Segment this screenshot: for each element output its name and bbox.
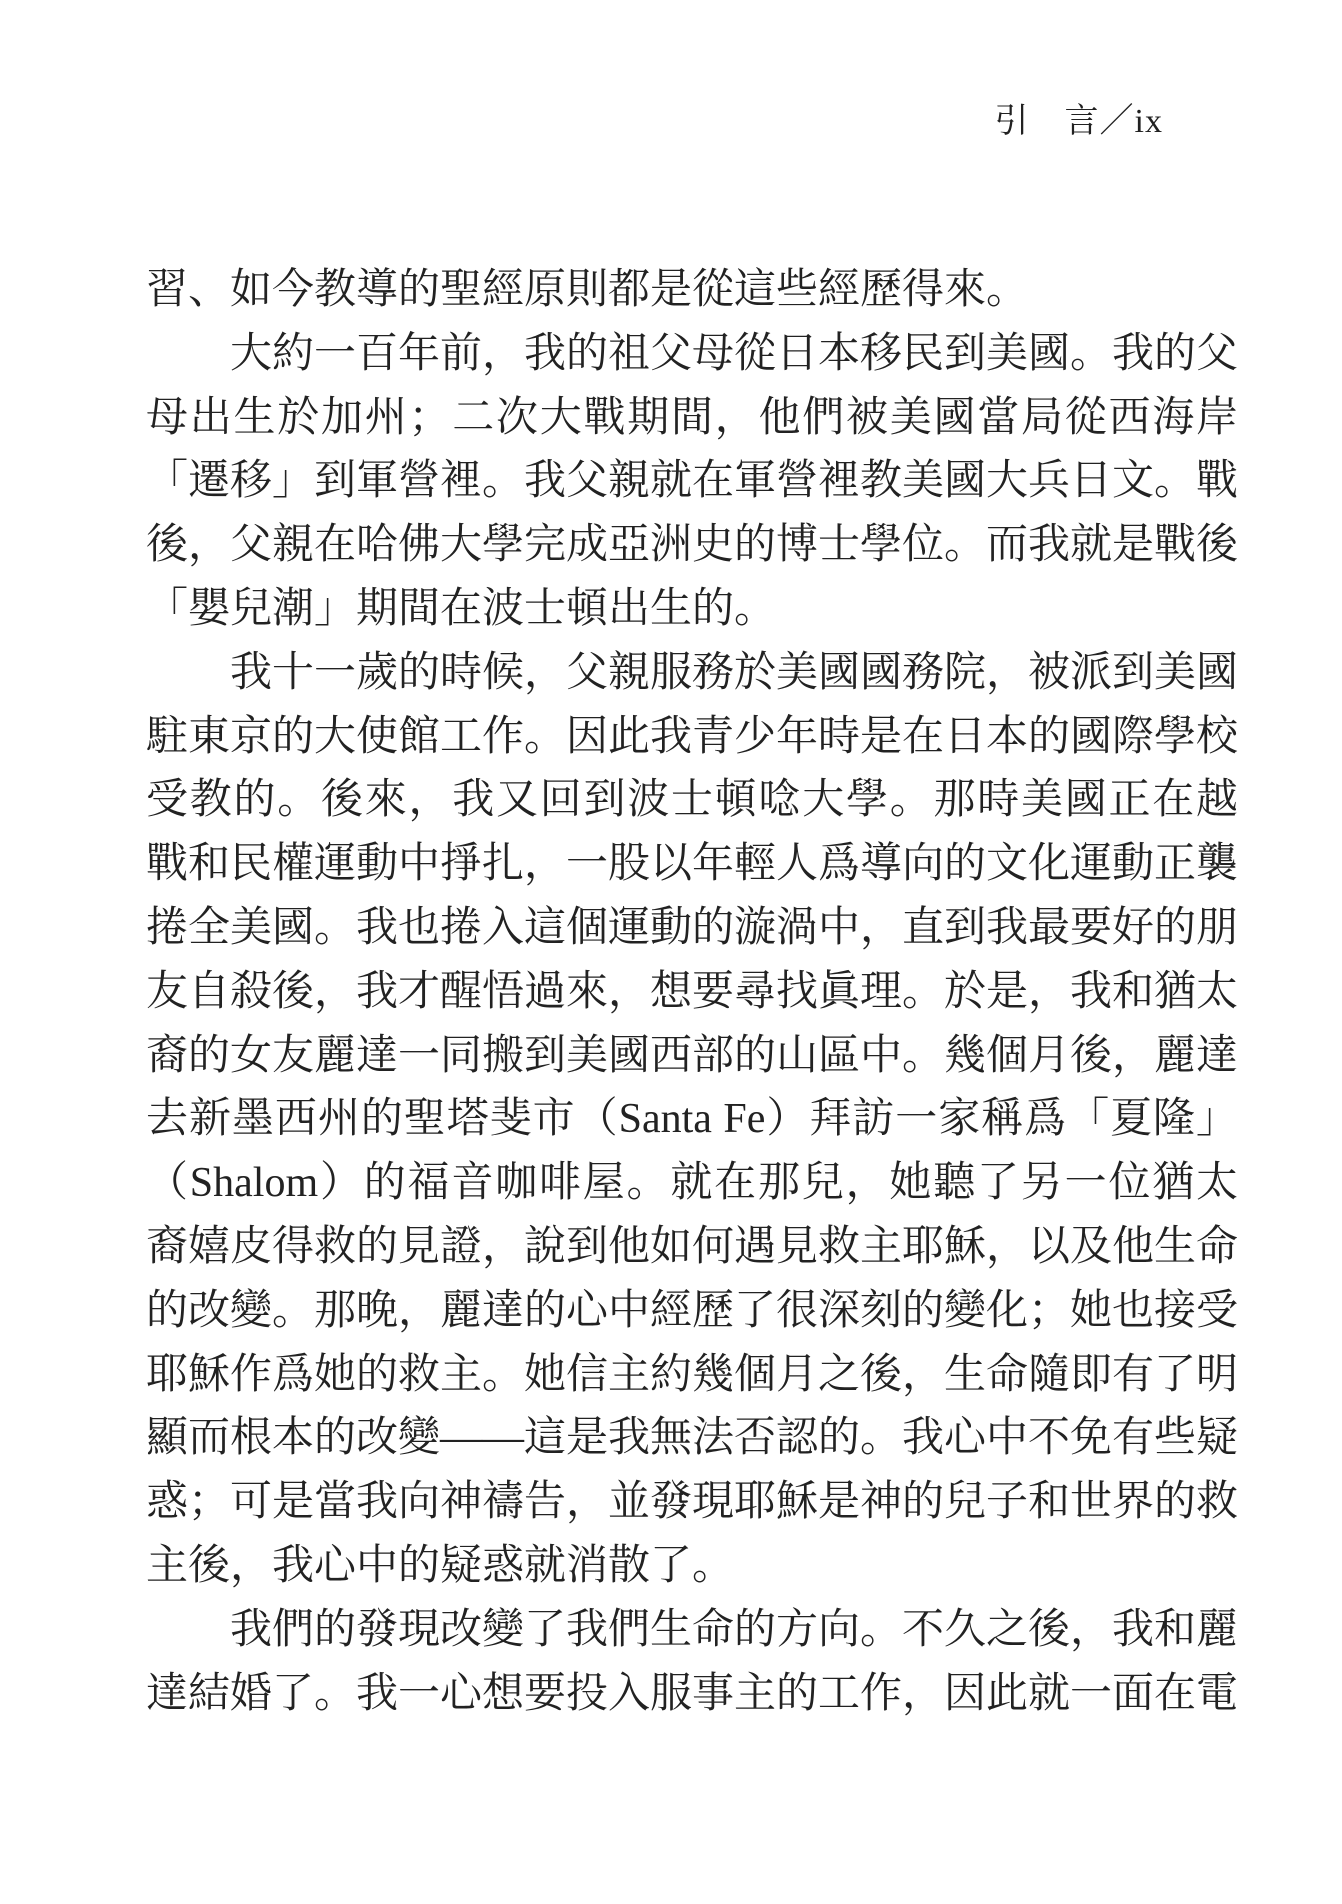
text-line: 友自殺後，我才醒悟過來，想要尋找眞理。於是，我和猶太 <box>146 961 1238 1025</box>
text-line: 顯而根本的改變——這是我無法否認的。我心中不免有些疑 <box>146 1407 1238 1471</box>
book-page: 引 言／ix 習、如今教導的聖經原則都是從這些經歷得來。 大約一百年前，我的祖父… <box>0 0 1342 1904</box>
text-line: 大約一百年前，我的祖父母從日本移民到美國。我的父 <box>146 323 1238 387</box>
text-line: （Shalom）的福音咖啡屋。就在那兒，她聽了另一位猶太 <box>146 1152 1238 1216</box>
text-line: 耶穌作爲她的救主。她信主約幾個月之後，生命隨即有了明 <box>146 1344 1238 1408</box>
text-line: 「遷移」到軍營裡。我父親就在軍營裡教美國大兵日文。戰 <box>146 450 1238 514</box>
text-line: 裔嬉皮得救的見證，說到他如何遇見救主耶穌，以及他生命 <box>146 1216 1238 1280</box>
text-line: 習、如今教導的聖經原則都是從這些經歷得來。 <box>146 259 1238 323</box>
text-line: 達結婚了。我一心想要投入服事主的工作，因此就一面在電 <box>146 1663 1238 1727</box>
text-line: 捲全美國。我也捲入這個運動的漩渦中，直到我最要好的朋 <box>146 897 1238 961</box>
body-text: 習、如今教導的聖經原則都是從這些經歷得來。 大約一百年前，我的祖父母從日本移民到… <box>146 259 1238 1726</box>
text-line: 我們的發現改變了我們生命的方向。不久之後，我和麗 <box>146 1599 1238 1663</box>
text-line: 主後，我心中的疑惑就消散了。 <box>146 1535 1238 1599</box>
text-line: 惑；可是當我向神禱告，並發現耶穌是神的兒子和世界的救 <box>146 1471 1238 1535</box>
running-header: 引 言／ix <box>995 100 1163 144</box>
text-line: 裔的女友麗達一同搬到美國西部的山區中。幾個月後，麗達 <box>146 1025 1238 1089</box>
text-line: 的改變。那晚，麗達的心中經歷了很深刻的變化；她也接受 <box>146 1280 1238 1344</box>
text-line: 我十一歲的時候，父親服務於美國國務院，被派到美國 <box>146 642 1238 706</box>
text-line: 戰和民權運動中掙扎，一股以年輕人爲導向的文化運動正襲 <box>146 833 1238 897</box>
text-line: 駐東京的大使館工作。因此我青少年時是在日本的國際學校 <box>146 706 1238 770</box>
text-line: 去新墨西州的聖塔斐市（Santa Fe）拜訪一家稱爲「夏隆」 <box>146 1088 1238 1152</box>
text-line: 「嬰兒潮」期間在波士頓出生的。 <box>146 578 1238 642</box>
text-line: 後，父親在哈佛大學完成亞洲史的博士學位。而我就是戰後 <box>146 514 1238 578</box>
text-line: 母出生於加州；二次大戰期間，他們被美國當局從西海岸 <box>146 387 1238 451</box>
text-line: 受教的。後來，我又回到波士頓唸大學。那時美國正在越 <box>146 769 1238 833</box>
